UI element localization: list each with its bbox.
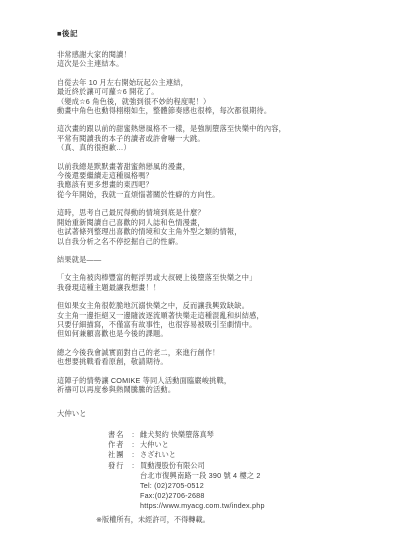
paragraph: 「女主角被肉棒豐富的輕浮男或大叔硬上後墮落至快樂之中」我發現這種主題最讓我想畫！… (57, 273, 357, 292)
text-line: 這次畫的跟以前的甜蜜熱戀風格不一樣，是強制墮落至快樂中的內容， (57, 124, 357, 133)
text-line: 平常有閱讀我的本子的讀者或許會嚇一大跳。 (57, 134, 357, 143)
text-line: 這次是公主連結本。 (57, 59, 357, 68)
text-line: 動畫中角色也動得栩栩如生，整體節奏感也很棒，每次都很期待。 (57, 106, 357, 115)
publisher-detail-line: Fax:(02)2706-2688 (140, 491, 265, 501)
copyright-notice: ※版權所有，未經許可，不得轉載。 (96, 515, 210, 525)
credit-value: さざれいと (140, 450, 176, 460)
credit-row: 書名：雌犬契約 快樂墮落真琴 (108, 430, 265, 440)
text-line: 以自我分析之名不停挖掘自己的性癖。 (57, 237, 357, 246)
text-line: 非常感謝大家的閱讀！ (57, 50, 357, 59)
text-line: 「女主角被肉棒豐富的輕浮男或大叔硬上後墮落至快樂之中」 (57, 273, 357, 282)
text-line: 女主角一邊拒絕又一邊隨波逐流順著快樂走這種混亂和糾結感， (57, 311, 357, 320)
credits-block: 書名：雌犬契約 快樂墮落真琴作者：大仲いと社團：さざれいと發行：買動漫股份有限公… (108, 430, 265, 512)
credit-value: 雌犬契約 快樂墮落真琴 (140, 430, 214, 440)
credit-label: 作者 (108, 440, 130, 450)
text-line: 我發現這種主題最讓我想畫！！ (57, 283, 357, 292)
text-line: 只要仔細描寫，不僅富有故事性，也很容易被吸引至劇情中。 (57, 320, 357, 329)
publisher-detail-line: 台北市復興南路一段 390 號 4 樓之 2 (140, 471, 265, 481)
credit-label: 社團 (108, 450, 130, 460)
credit-colon: ： (130, 450, 140, 460)
paragraph: 這陣子的情勢讓 COMIKE 等同人活動面臨嚴峻挑戰，祈禱可以再度參與熱鬧騰騰的… (57, 376, 357, 395)
credits-rows: 書名：雌犬契約 快樂墮落真琴作者：大仲いと社團：さざれいと發行：買動漫股份有限公… (108, 430, 265, 471)
text-line: 這時，思考自己最尻得動的情境到底是什麼？ (57, 208, 357, 217)
paragraph: 結果就是—— (57, 255, 357, 264)
paragraph: 自從去年 10 月左右開始玩起公主連結，最近終於讓可可蘿☆6 開花了。（變成☆6… (57, 78, 357, 116)
text-line: （真、真的很抱歉…） (57, 143, 357, 152)
publisher-details: 台北市復興南路一段 390 號 4 樓之 2Tel: (02)2705-0512… (140, 471, 265, 512)
credit-label: 發行 (108, 461, 130, 471)
text-line: 自從去年 10 月左右開始玩起公主連結， (57, 78, 357, 87)
afterword-heading: ■後記 (57, 28, 357, 39)
credit-row: 社團：さざれいと (108, 450, 265, 460)
paragraph: 這時，思考自己最尻得動的情境到底是什麼？開始重新閱讀自己喜歡的同人誌和色情漫畫，… (57, 208, 357, 246)
text-line: 這陣子的情勢讓 COMIKE 等同人活動面臨嚴峻挑戰， (57, 376, 357, 385)
credit-row: 發行：買動漫股份有限公司 (108, 461, 265, 471)
text-line: 從今年開始，我就一直煩惱著關於性癖的方向性。 (57, 190, 357, 199)
paragraph: 這次畫的跟以前的甜蜜熱戀風格不一樣，是強制墮落至快樂中的內容，平常有閱讀我的本子… (57, 124, 357, 152)
credit-colon: ： (130, 440, 140, 450)
credit-label: 書名 (108, 430, 130, 440)
afterword-page: ■後記 非常感謝大家的閱讀！這次是公主連結本。自從去年 10 月左右開始玩起公主… (0, 0, 400, 560)
text-line: 最近終於讓可可蘿☆6 開花了。 (57, 87, 357, 96)
text-line: 也想要挑戰看看原創，敬請期待。 (57, 357, 357, 366)
paragraph: 以前我總是默默畫著甜蜜熱戀風的漫畫，今後還要繼續走這種風格嗎？我應該有更多想畫的… (57, 162, 357, 200)
text-line: 今後還要繼續走這種風格嗎？ (57, 171, 357, 180)
paragraph: 非常感謝大家的閱讀！這次是公主連結本。 (57, 50, 357, 69)
text-line: （變成☆6 角色後，就強到很不妙的程度呢！） (57, 97, 357, 106)
text-line: 但如果女主角很乾脆地沉溺快樂之中，反而讓我興致缺缺。 (57, 301, 357, 310)
credit-value: 大仲いと (140, 440, 169, 450)
paragraph: 總之今後我會誠實面對自己的老二，來進行創作！也想要挑戰看看原創，敬請期待。 (57, 348, 357, 367)
paragraph: 但如果女主角很乾脆地沉溺快樂之中，反而讓我興致缺缺。女主角一邊拒絕又一邊隨波逐流… (57, 301, 357, 339)
afterword-content: ■後記 非常感謝大家的閱讀！這次是公主連結本。自從去年 10 月左右開始玩起公主… (57, 28, 357, 419)
credit-value: 買動漫股份有限公司 (140, 461, 205, 471)
text-line: 我應該有更多想畫的東西吧？ (57, 180, 357, 189)
afterword-paragraphs: 非常感謝大家的閱讀！這次是公主連結本。自從去年 10 月左右開始玩起公主連結，最… (57, 50, 357, 394)
text-line: 祈禱可以再度參與熱鬧騰騰的活動。 (57, 385, 357, 394)
publisher-detail-line: Tel: (02)2705-0512 (140, 481, 265, 491)
text-line: 結果就是—— (57, 255, 357, 264)
text-line: 但如何兼顧喜歡也是今後的課題。 (57, 329, 357, 338)
text-line: 總之今後我會誠實面對自己的老二，來進行創作！ (57, 348, 357, 357)
credit-row: 作者：大仲いと (108, 440, 265, 450)
credit-colon: ： (130, 461, 140, 471)
text-line: 也試著條列整理出喜歡的情境和女主角外型之類的情報， (57, 227, 357, 236)
text-line: 開始重新閱讀自己喜歡的同人誌和色情漫畫， (57, 218, 357, 227)
publisher-detail-line: https://www.myacg.com.tw/index.php (140, 501, 265, 511)
credit-colon: ： (130, 430, 140, 440)
text-line: 以前我總是默默畫著甜蜜熱戀風的漫畫， (57, 162, 357, 171)
author-signature: 大仲いと (57, 408, 357, 419)
